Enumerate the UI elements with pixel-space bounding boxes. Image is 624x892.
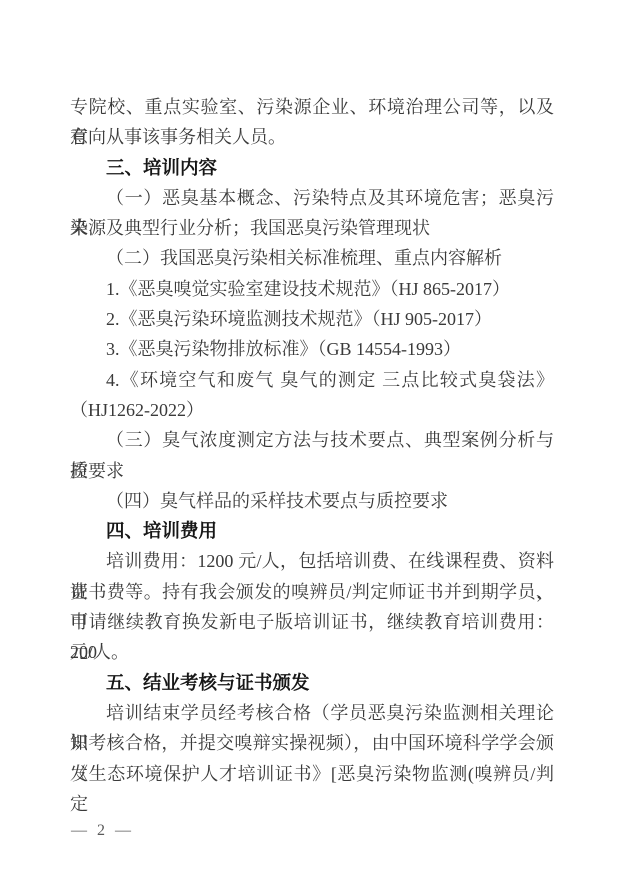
text-line: 证书费等。持有我会颁发的嗅辨员/判定师证书并到期学员，可 [70, 577, 554, 607]
text-line: （三）臭气浓度测定方法与技术要点、典型案例分析与质 [70, 425, 554, 455]
document-body: 专院校、重点实验室、污染源企业、环境治理公司等，以及有 意向从事该事务相关人员。… [70, 92, 554, 789]
page-number: — 2 — [71, 822, 134, 840]
text-line: （HJ1262-2022） [70, 395, 554, 425]
section-heading-training-content: 三、培训内容 [70, 153, 554, 183]
list-item-standard-1: 1.《恶臭嗅觉实验室建设技术规范》（HJ 865-2017） [70, 274, 554, 304]
text-line: （二）我国恶臭污染相关标准梳理、重点内容解析 [70, 243, 554, 273]
text-line: 来源及典型行业分析；我国恶臭污染管理现状 [70, 213, 554, 243]
text-line: 专院校、重点实验室、污染源企业、环境治理公司等，以及有 [70, 92, 554, 122]
section-heading-training-fee: 四、培训费用 [70, 516, 554, 546]
text-line: 控要求 [70, 456, 554, 486]
section-heading-assessment-certificate: 五、结业考核与证书颁发 [70, 668, 554, 698]
text-line: （一）恶臭基本概念、污染特点及其环境危害；恶臭污染 [70, 183, 554, 213]
text-line: 意向从事该事务相关人员。 [70, 122, 554, 152]
text-line: （四）臭气样品的采样技术要点与质控要求 [70, 486, 554, 516]
text-line: 《生态环境保护人才培训证书》[恶臭污染物监测(嗅辨员/判定 [70, 759, 554, 789]
list-item-standard-2: 2.《恶臭污染环境监测技术规范》（HJ 905-2017） [70, 304, 554, 334]
text-line: 培训结束学员经考核合格（学员恶臭污染监测相关理论知 [70, 698, 554, 728]
text-line: 元/人。 [70, 637, 554, 667]
list-item-standard-4: 4.《环境空气和废气 臭气的测定 三点比较式臭袋法》 [70, 365, 554, 395]
document-page: 专院校、重点实验室、污染源企业、环境治理公司等，以及有 意向从事该事务相关人员。… [0, 0, 624, 892]
text-line: 培训费用：1200 元/人，包括培训费、在线课程费、资料费、 [70, 546, 554, 576]
text-line: 识考核合格，并提交嗅辩实操视频），由中国环境科学学会颁发 [70, 728, 554, 758]
text-line: 申请继续教育换发新电子版培训证书，继续教育培训费用：200 [70, 607, 554, 637]
list-item-standard-3: 3.《恶臭污染物排放标准》（GB 14554-1993） [70, 334, 554, 364]
